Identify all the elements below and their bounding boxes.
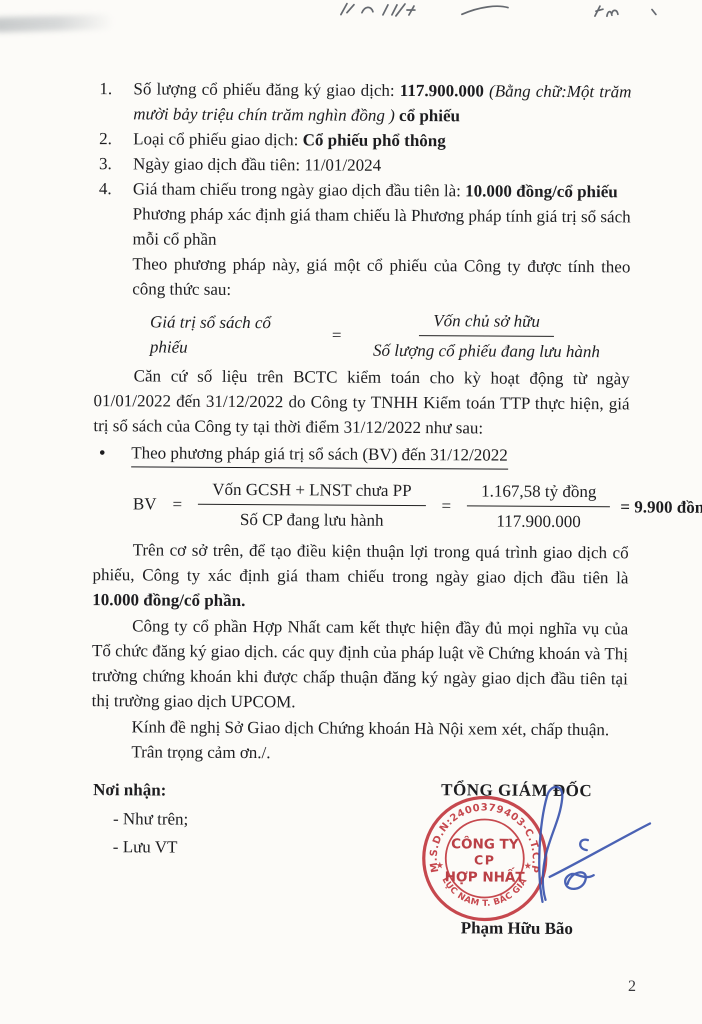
paragraph-text-run: Trên cơ sở trên, để tạo điều kiện thuận … bbox=[92, 540, 628, 587]
paragraph-tran-trong: Trân trọng cảm ơn./. bbox=[91, 739, 627, 767]
share-type-value: Cổ phiếu phổ thông bbox=[303, 130, 446, 150]
item-text: Số lượng cổ phiếu đăng ký giao dịch: 117… bbox=[133, 76, 631, 129]
bullet-underlined-text: Theo phương pháp giá trị sổ sách (BV) đế… bbox=[131, 440, 508, 469]
item-text: Loại cổ phiếu giao dịch: Cổ phiếu phổ th… bbox=[133, 126, 631, 154]
reference-price-bold: 10.000 đồng/cổ phần. bbox=[92, 590, 245, 610]
signature-section: Nơi nhận: - Như trên; - Lưu VT TỔNG GIÁM… bbox=[90, 773, 627, 956]
bullet-marker: • bbox=[93, 440, 131, 467]
share-quantity-value: 117.900.000 bbox=[400, 81, 489, 101]
numbered-list: 1. Số lượng cổ phiếu đăng ký giao dịch: … bbox=[94, 76, 631, 304]
equals-sign: = bbox=[172, 492, 182, 517]
recipient-line: - Lưu VT bbox=[113, 834, 178, 859]
list-item-share-type: 2. Loại cổ phiếu giao dịch: Cổ phiếu phổ… bbox=[95, 126, 631, 154]
recipients-label: Nơi nhận: bbox=[93, 777, 166, 802]
paragraph-cam-ket: Công ty cổ phần Hợp Nhất cam kết thực hi… bbox=[92, 613, 629, 716]
recipient-line: - Như trên; bbox=[113, 806, 188, 831]
fraction-denominator: Số lượng cổ phiếu đang lưu hành bbox=[373, 336, 600, 364]
item-text-run: Giá tham chiếu trong ngày giao dịch đầu … bbox=[133, 179, 465, 200]
item-number: 2. bbox=[95, 126, 133, 151]
item-number: 3. bbox=[95, 151, 133, 176]
item-text-run: Số lượng cổ phiếu đăng ký giao dịch: bbox=[133, 79, 400, 100]
item-text-run: Ngày giao dịch đầu tiên: 11/01/2024 bbox=[133, 154, 381, 175]
reference-price-value: 10.000 đồng/cổ phiếu bbox=[465, 181, 618, 201]
fraction-numerator: Vốn GCSH + LNST chưa PP bbox=[198, 477, 426, 506]
formula-result: = 9.900 đồng/CP bbox=[620, 494, 702, 520]
item-text-run: Loại cổ phiếu giao dịch: bbox=[133, 129, 303, 149]
signer-name: Phạm Hữu Bão bbox=[434, 915, 599, 941]
handwriting-marks bbox=[0, 0, 702, 26]
document-page: 1. Số lượng cổ phiếu đăng ký giao dịch: … bbox=[0, 0, 702, 1024]
fraction-numerator: 1.167,58 tỷ đồng bbox=[467, 478, 610, 507]
item-number: 1. bbox=[95, 76, 133, 126]
bullet-item: • Theo phương pháp giá trị sổ sách (BV) … bbox=[93, 440, 629, 470]
seal-star-left: ★ bbox=[436, 860, 444, 870]
paragraph-kinh-de-nghi: Kính đề nghị Sở Giao dịch Chứng khoán Hà… bbox=[91, 714, 627, 742]
paragraph-can-cu: Căn cứ số liệu trên BCTC kiểm toán cho k… bbox=[93, 363, 629, 441]
fraction-denominator: 117.900.000 bbox=[496, 507, 581, 535]
paragraph-tren-co-so: Trên cơ sở trên, để tạo điều kiện thuận … bbox=[92, 537, 628, 615]
book-value-definition-formula: Giá trị sổ sách cổ phiếu = Vốn chủ sở hữ… bbox=[94, 306, 630, 364]
item-text: Ngày giao dịch đầu tiên: 11/01/2024 bbox=[133, 151, 631, 179]
fraction-numerator: Vốn chủ sở hữu bbox=[419, 308, 554, 337]
fraction-denominator: Số CP đang lưu hành bbox=[240, 505, 384, 533]
equals-sign: = bbox=[332, 323, 342, 348]
book-value-calculation-formula: BV = Vốn GCSH + LNST chưa PP Số CP đang … bbox=[93, 476, 629, 534]
item-text: Giá tham chiếu trong ngày giao dịch đầu … bbox=[132, 176, 631, 304]
equals-sign: = bbox=[441, 493, 451, 518]
list-item-first-trading-day: 3. Ngày giao dịch đầu tiên: 11/01/2024 bbox=[95, 151, 631, 179]
handwritten-signature bbox=[492, 780, 663, 919]
method-paragraph: Phương pháp xác định giá tham chiếu là P… bbox=[132, 201, 630, 254]
fraction: Vốn chủ sở hữu Số lượng cổ phiếu đang lư… bbox=[367, 308, 605, 364]
page-number: 2 bbox=[620, 978, 644, 996]
formula-lhs: BV bbox=[133, 491, 157, 516]
item-text-run: cổ phiếu bbox=[399, 106, 460, 125]
item-number: 4. bbox=[94, 176, 133, 301]
list-item-quantity: 1. Số lượng cổ phiếu đăng ký giao dịch: … bbox=[95, 76, 631, 129]
fraction: Vốn GCSH + LNST chưa PP Số CP đang lưu h… bbox=[198, 477, 426, 533]
fraction: 1.167,58 tỷ đồng 117.900.000 bbox=[467, 478, 611, 534]
formula-lhs: Giá trị sổ sách cổ phiếu bbox=[150, 309, 302, 360]
method-paragraph: Theo phương pháp này, giá một cổ phiếu c… bbox=[132, 251, 630, 304]
list-item-reference-price: 4. Giá tham chiếu trong ngày giao dịch đ… bbox=[94, 176, 631, 304]
